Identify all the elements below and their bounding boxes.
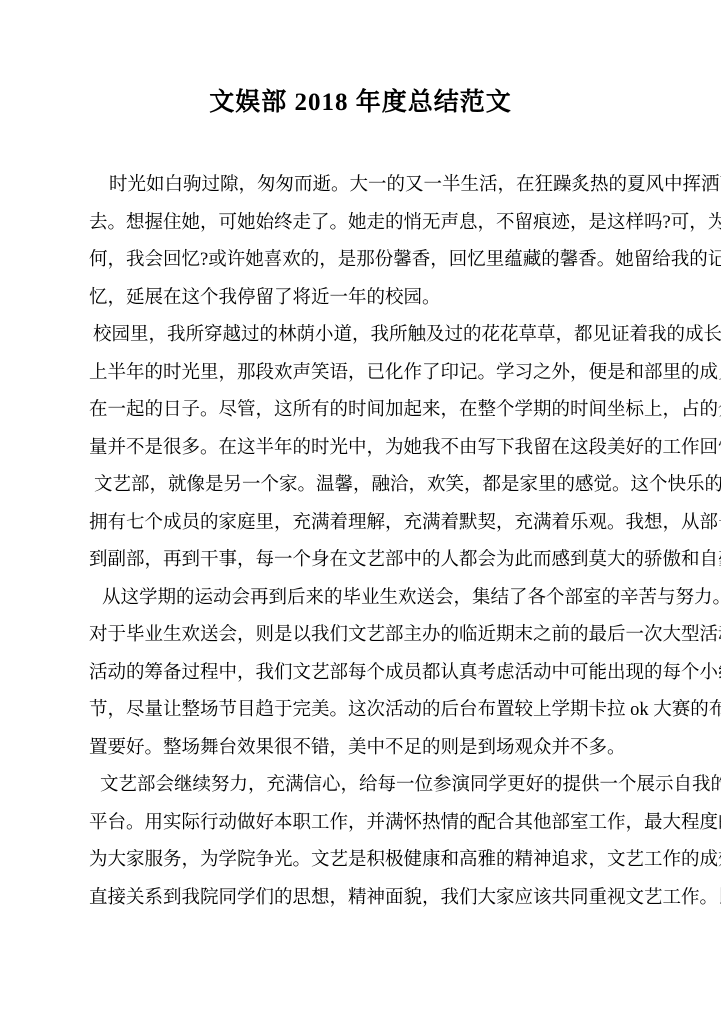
text-line: 时光如白驹过隙，匆匆而逝。大一的又一半生活，在狂躁炙热的夏风中挥洒而 bbox=[89, 167, 636, 205]
document-body: 时光如白驹过隙，匆匆而逝。大一的又一半生活，在狂躁炙热的夏风中挥洒而去。想握住她… bbox=[89, 167, 636, 917]
text-line: 为大家服务，为学院争光。文艺是积极健康和高雅的精神追求，文艺工作的成效 bbox=[89, 842, 636, 880]
text-line: 何，我会回忆?或许她喜欢的，是那份馨香，回忆里蕴藏的馨香。她留给我的记 bbox=[89, 242, 636, 280]
text-line: 文艺部会继续努力，充满信心，给每一位参演同学更好的提供一个展示自我的 bbox=[89, 767, 636, 805]
paragraph: 文艺部，就像是另一个家。温馨，融洽，欢笑，都是家里的感觉。这个快乐的拥有七个成员… bbox=[89, 467, 636, 580]
text-line: 在一起的日子。尽管，这所有的时间加起来，在整个学期的时间坐标上，占的分 bbox=[89, 392, 636, 430]
text-line: 置要好。整场舞台效果很不错，美中不足的则是到场观众并不多。 bbox=[89, 730, 636, 768]
text-line: 直接关系到我院同学们的思想，精神面貌，我们大家应该共同重视文艺工作。比 bbox=[89, 880, 636, 918]
text-line: 校园里，我所穿越过的林荫小道，我所触及过的花花草草，都见证着我的成长。 bbox=[89, 317, 636, 355]
text-line: 拥有七个成员的家庭里，充满着理解，充满着默契，充满着乐观。我想，从部长， bbox=[89, 505, 636, 543]
text-line: 文艺部，就像是另一个家。温馨，融洽，欢笑，都是家里的感觉。这个快乐的 bbox=[89, 467, 636, 505]
text-line: 节，尽量让整场节目趋于完美。这次活动的后台布置较上学期卡拉 ok 大赛的布 bbox=[89, 692, 636, 730]
text-line: 对于毕业生欢送会，则是以我们文艺部主办的临近期末之前的最后一次大型活动。 bbox=[89, 617, 636, 655]
text-line: 到副部，再到干事，每一个身在文艺部中的人都会为此而感到莫大的骄傲和自豪。 bbox=[89, 542, 636, 580]
paragraph: 校园里，我所穿越过的林荫小道，我所触及过的花花草草，都见证着我的成长。上半年的时… bbox=[89, 317, 636, 467]
text-line: 上半年的时光里，那段欢声笑语，已化作了印记。学习之外，便是和部里的成员 bbox=[89, 355, 636, 393]
document-page: 文娱部 2018 年度总结范文 时光如白驹过隙，匆匆而逝。大一的又一半生活，在狂… bbox=[0, 0, 721, 1020]
text-line: 去。想握住她，可她始终走了。她走的悄无声息，不留痕迹，是这样吗?可，为 bbox=[89, 205, 636, 243]
text-line: 从这学期的运动会再到后来的毕业生欢送会，集结了各个部室的辛苦与努力。 bbox=[89, 580, 636, 618]
paragraph: 文艺部会继续努力，充满信心，给每一位参演同学更好的提供一个展示自我的平台。用实际… bbox=[89, 767, 636, 917]
text-line: 活动的筹备过程中，我们文艺部每个成员都认真考虑活动中可能出现的每个小细 bbox=[89, 655, 636, 693]
text-line: 量并不是很多。在这半年的时光中，为她我不由写下我留在这段美好的工作回忆。 bbox=[89, 430, 636, 468]
paragraph: 从这学期的运动会再到后来的毕业生欢送会，集结了各个部室的辛苦与努力。对于毕业生欢… bbox=[89, 580, 636, 768]
paragraph: 时光如白驹过隙，匆匆而逝。大一的又一半生活，在狂躁炙热的夏风中挥洒而去。想握住她… bbox=[89, 167, 636, 317]
text-line: 忆，延展在这个我停留了将近一年的校园。 bbox=[89, 280, 636, 318]
document-title: 文娱部 2018 年度总结范文 bbox=[0, 86, 721, 120]
text-line: 平台。用实际行动做好本职工作，并满怀热情的配合其他部室工作，最大程度的 bbox=[89, 805, 636, 843]
